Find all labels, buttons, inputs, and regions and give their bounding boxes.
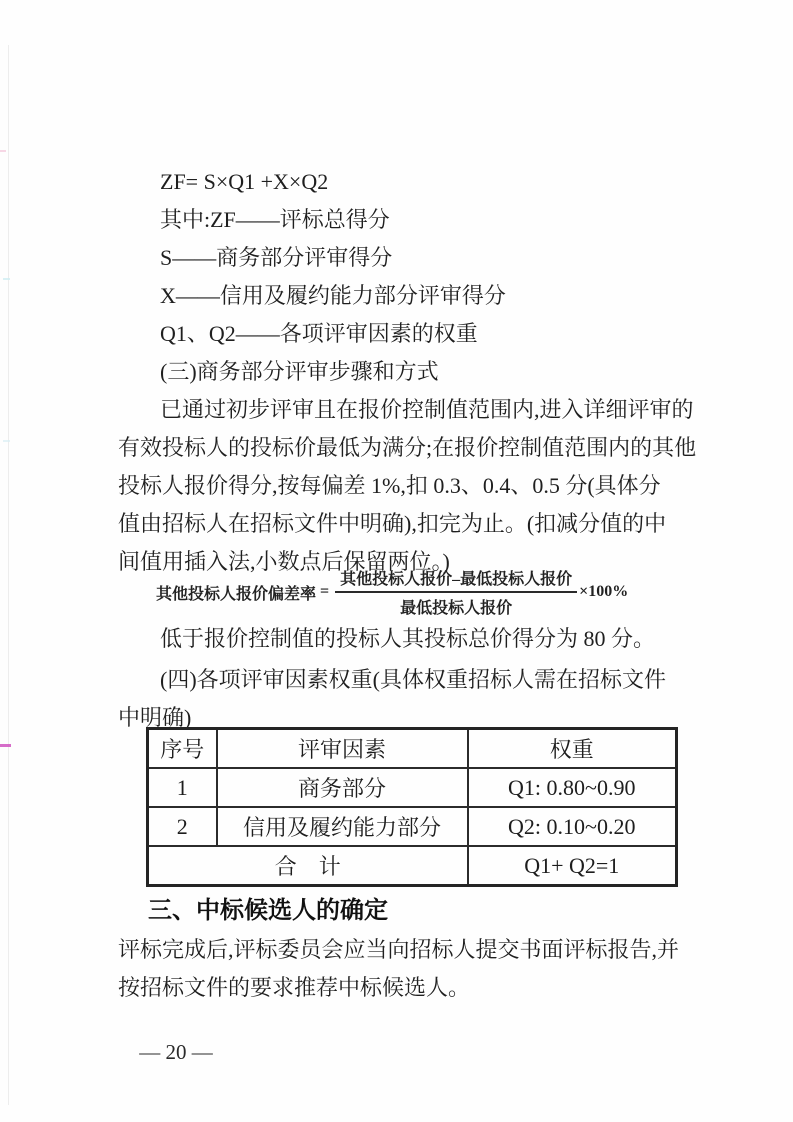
formula-suffix: ×100% xyxy=(579,583,628,601)
table-cell-factor: 商务部分 xyxy=(217,768,468,807)
definition-line-x: X——信用及履约能力部分评审得分 xyxy=(118,277,718,315)
table-footer-label: 合 计 xyxy=(148,846,468,886)
table-row: 2 信用及履约能力部分 Q2: 0.10~0.20 xyxy=(148,807,677,846)
paragraph-3-block: 评标完成后,评标委员会应当向招标人提交书面评标报告,并 按招标文件的要求推荐中标… xyxy=(118,931,738,1007)
formula-equals-sign: = xyxy=(320,583,329,601)
definition-line-zf: 其中:ZF——评标总得分 xyxy=(118,201,718,239)
formula-label: 其他投标人报价偏差率 xyxy=(156,581,316,604)
section4-heading-block: (四)各项评审因素权重(具体权重招标人需在招标文件 中明确) xyxy=(118,661,738,737)
section5-heading-block: 三、中标候选人的确定 xyxy=(118,893,718,929)
table-cell-index: 1 xyxy=(148,768,217,807)
deviation-rate-formula: 其他投标人报价偏差率 = 其他投标人报价–最低投标人报价 最低投标人报价 ×10… xyxy=(118,566,756,618)
section4-heading-line: (四)各项评审因素权重(具体权重招标人需在招标文件 xyxy=(118,661,738,699)
section5-heading: 三、中标候选人的确定 xyxy=(118,893,718,929)
scan-mark-pink xyxy=(0,150,6,152)
main-text-block: ZF= S×Q1 +X×Q2 其中:ZF——评标总得分 S——商务部分评审得分 … xyxy=(118,163,718,581)
section3-heading: (三)商务部分评审步骤和方式 xyxy=(118,353,718,391)
paragraph-line: 按招标文件的要求推荐中标候选人。 xyxy=(118,969,738,1007)
fraction-denominator: 最低投标人报价 xyxy=(400,593,512,618)
paragraph-line: 评标完成后,评标委员会应当向招标人提交书面评标报告,并 xyxy=(118,931,738,969)
fraction-numerator: 其他投标人报价–最低投标人报价 xyxy=(335,566,577,593)
formula-fraction: 其他投标人报价–最低投标人报价 最低投标人报价 xyxy=(335,566,577,618)
table-header-row: 序号 评审因素 权重 xyxy=(148,729,677,769)
paragraph-2-block: 低于报价控制值的投标人其投标总价得分为 80 分。 xyxy=(118,620,718,658)
scan-mark-cyan xyxy=(3,440,10,442)
paragraph-line: 投标人报价得分,按每偏差 1%,扣 0.3、0.4、0.5 分(具体分 xyxy=(118,467,718,505)
table-header-index: 序号 xyxy=(148,729,217,769)
score-formula-line: ZF= S×Q1 +X×Q2 xyxy=(118,163,718,201)
table-header-weight: 权重 xyxy=(468,729,677,769)
paragraph-line: 有效投标人的投标价最低为满分;在报价控制值范围内的其他 xyxy=(118,429,718,467)
table-cell-factor: 信用及履约能力部分 xyxy=(217,807,468,846)
document-page: ZF= S×Q1 +X×Q2 其中:ZF——评标总得分 S——商务部分评审得分 … xyxy=(0,0,793,1122)
table-header-factor: 评审因素 xyxy=(217,729,468,769)
page-number: — 20 — xyxy=(120,1040,232,1065)
scan-mark-cyan xyxy=(3,278,10,280)
weight-table: 序号 评审因素 权重 1 商务部分 Q1: 0.80~0.90 2 信用及履约能… xyxy=(146,727,678,887)
table-cell-index: 2 xyxy=(148,807,217,846)
table-footer-value: Q1+ Q2=1 xyxy=(468,846,677,886)
table-cell-weight: Q2: 0.10~0.20 xyxy=(468,807,677,846)
table-footer-row: 合 计 Q1+ Q2=1 xyxy=(148,846,677,886)
definition-line-s: S——商务部分评审得分 xyxy=(118,239,718,277)
table-row: 1 商务部分 Q1: 0.80~0.90 xyxy=(148,768,677,807)
definition-line-q: Q1、Q2——各项评审因素的权重 xyxy=(118,315,718,353)
paragraph-line: 已通过初步评审且在报价控制值范围内,进入详细评审的 xyxy=(118,391,718,429)
scan-mark-magenta xyxy=(0,744,11,747)
paragraph-line: 值由招标人在招标文件中明确),扣完为止。(扣减分值的中 xyxy=(118,505,718,543)
scan-edge-line xyxy=(8,45,9,1105)
table-cell-weight: Q1: 0.80~0.90 xyxy=(468,768,677,807)
paragraph-line: 低于报价控制值的投标人其投标总价得分为 80 分。 xyxy=(118,620,718,658)
